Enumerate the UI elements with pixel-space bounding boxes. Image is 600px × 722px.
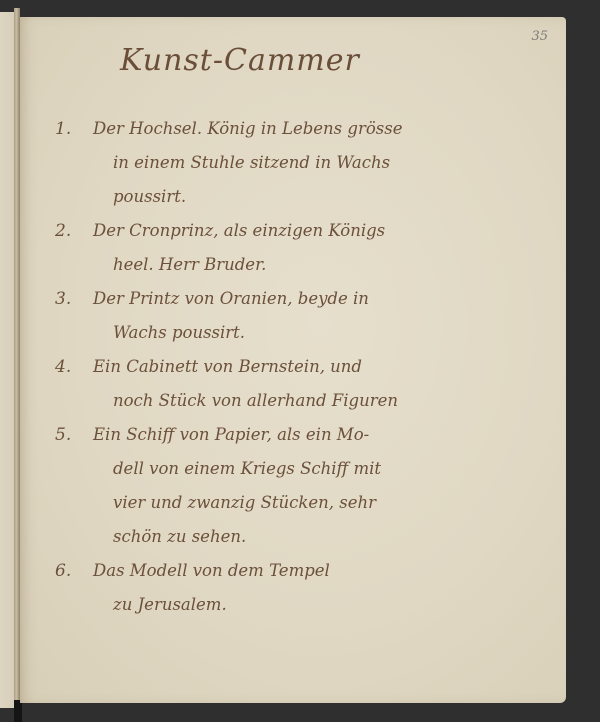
entry-number: 5. [55, 418, 83, 452]
manuscript-page: 35 Kunst-Cammer 1. Der Hochsel. König in… [20, 17, 566, 703]
entry-line: Wachs poussirt. [93, 316, 555, 350]
entry-line: Das Modell von dem Tempel [93, 554, 555, 588]
entry-line: Der Printz von Oranien, beyde in [93, 282, 555, 316]
list-item: 4. Ein Cabinett von Bernstein, und noch … [55, 350, 555, 418]
entry-line: vier und zwanzig Stücken, sehr [93, 486, 555, 520]
entry-number: 3. [55, 282, 83, 316]
entry-line: poussirt. [93, 180, 555, 214]
entry-line: schön zu sehen. [93, 520, 555, 554]
list-item: 1. Der Hochsel. König in Lebens grösse i… [55, 112, 555, 214]
entry-line: Ein Cabinett von Bernstein, und [93, 350, 555, 384]
entry-number: 1. [55, 112, 83, 146]
page-title: Kunst-Cammer [120, 43, 360, 78]
spine-shadow [14, 700, 22, 722]
entry-number: 2. [55, 214, 83, 248]
page-number: 35 [531, 29, 548, 44]
list-item: 5. Ein Schiff von Papier, als ein Mo- de… [55, 418, 555, 554]
entry-line: heel. Herr Bruder. [93, 248, 555, 282]
entry-line: Ein Schiff von Papier, als ein Mo- [93, 418, 555, 452]
entry-line: zu Jerusalem. [93, 588, 555, 622]
entry-line: Der Hochsel. König in Lebens grösse [93, 112, 555, 146]
entry-line: dell von einem Kriegs Schiff mit [93, 452, 555, 486]
list-item: 2. Der Cronprinz, als einzigen Königs he… [55, 214, 555, 282]
entry-line: Der Cronprinz, als einzigen Königs [93, 214, 555, 248]
entry-list: 1. Der Hochsel. König in Lebens grösse i… [55, 112, 555, 622]
entry-number: 6. [55, 554, 83, 588]
entry-number: 4. [55, 350, 83, 384]
list-item: 6. Das Modell von dem Tempel zu Jerusale… [55, 554, 555, 622]
list-item: 3. Der Printz von Oranien, beyde in Wach… [55, 282, 555, 350]
manuscript-scan: 35 Kunst-Cammer 1. Der Hochsel. König in… [0, 0, 600, 722]
entry-line: noch Stück von allerhand Figuren [93, 384, 555, 418]
entry-line: in einem Stuhle sitzend in Wachs [93, 146, 555, 180]
